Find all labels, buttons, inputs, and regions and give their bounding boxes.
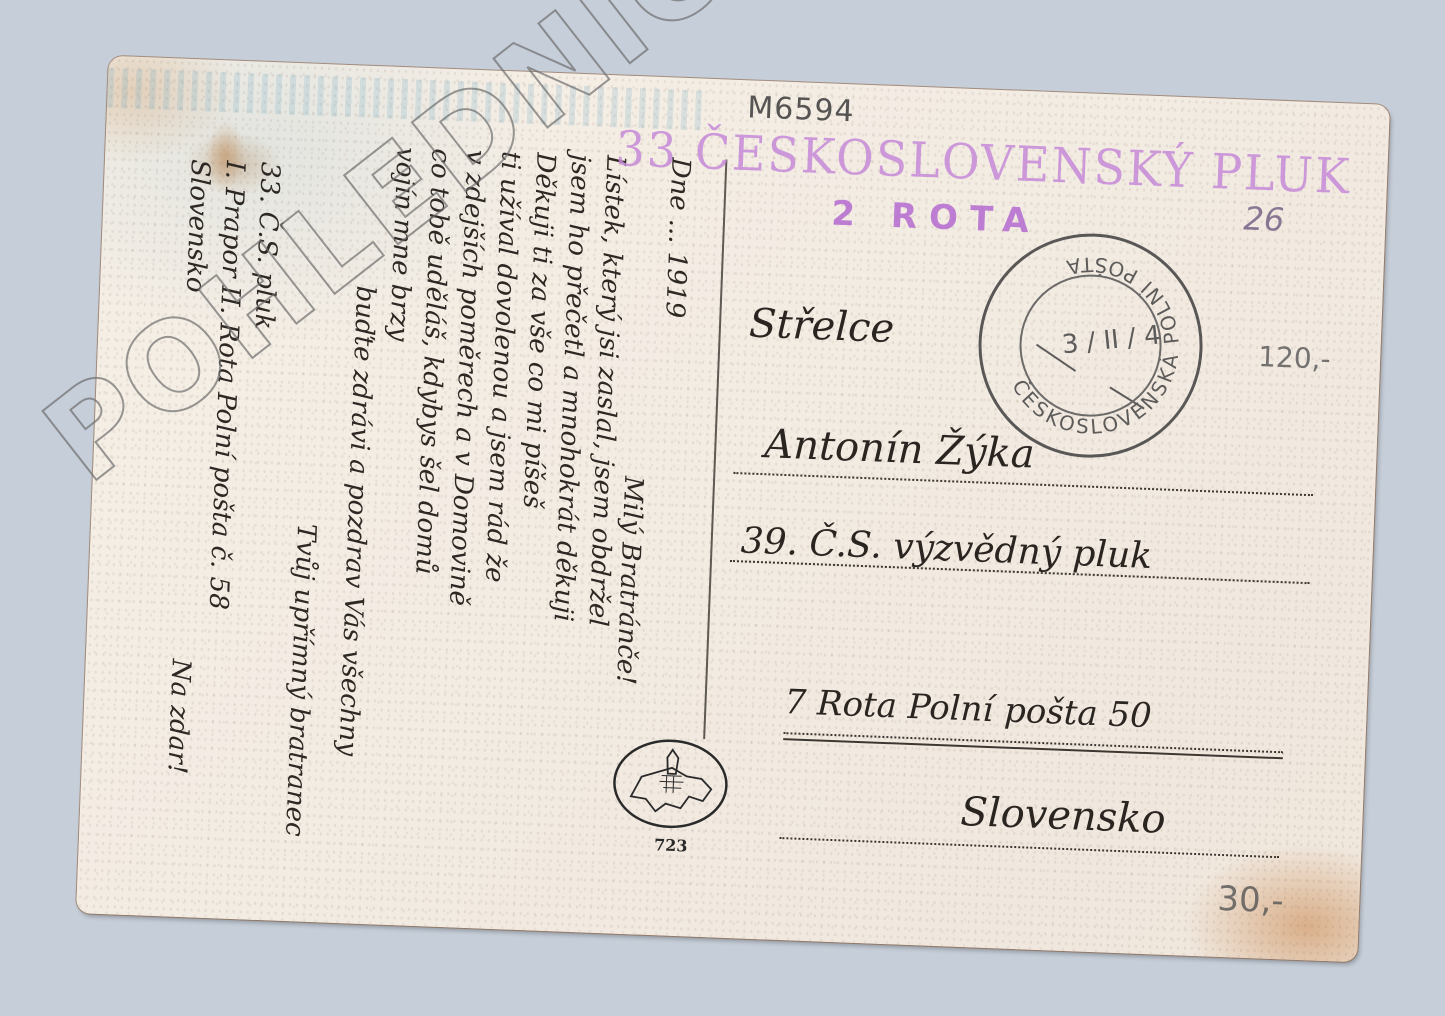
price-mark: 120,- bbox=[1258, 340, 1332, 376]
message-line: Tvůj upřímný bratranec bbox=[279, 523, 321, 837]
message-line: vojín mne brzy bbox=[383, 147, 420, 342]
price-mark: 30,- bbox=[1217, 879, 1285, 922]
address-field-post: 7 Rota Polní pošta 50 bbox=[784, 682, 1153, 736]
address-name: Antonín Žýka bbox=[764, 421, 1036, 477]
sender-unit: 33. Č.S. pluk bbox=[249, 161, 285, 330]
knight-on-horse-logo-icon bbox=[610, 736, 731, 832]
publisher-number: 723 bbox=[654, 835, 688, 855]
field-post-postmark: ČESKOSLOVENSKÁ POLNÍ POŠTA 3 / II / 4 bbox=[974, 229, 1206, 461]
postcard: Dne ... 1919 Milý Bratránče! Lístek, kte… bbox=[76, 56, 1390, 963]
scan-background: Dne ... 1919 Milý Bratránče! Lístek, kte… bbox=[0, 0, 1445, 1016]
sender-region: Slovensko bbox=[180, 159, 215, 293]
message-closing: Na zdar! bbox=[161, 658, 195, 774]
address-dotted-line bbox=[779, 837, 1279, 858]
message-date: Dne ... 1919 bbox=[659, 157, 695, 319]
address-region: Slovensko bbox=[960, 789, 1167, 843]
catalog-reference: M6594 bbox=[747, 90, 855, 129]
pencil-note: 26 bbox=[1243, 199, 1285, 239]
message-line: buďte zdrávi a pozdrav Vás všechny bbox=[332, 285, 380, 756]
address-title: Střelce bbox=[748, 300, 895, 352]
